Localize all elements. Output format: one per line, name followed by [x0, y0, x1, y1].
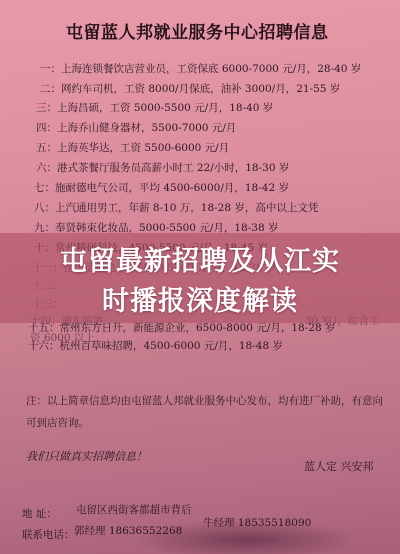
notice-title: 屯留蓝人邦就业服务中心招聘信息	[66, 18, 329, 43]
finger-shadow	[130, 520, 360, 554]
contact-label: 联系电话：	[22, 527, 75, 542]
address-value: 屯留区西街客都超市背后	[76, 502, 192, 517]
job-item-1: 一：上海连锁餐饮店营业员，工资保底 6000-7000 元/月，28-40 岁	[40, 61, 361, 76]
job-item-4: 四：上海乔山健身器材，5500-7000 元/月	[36, 120, 236, 135]
notice-note: 注：以上简章信息均由屯留蓝人邦就业服务中心发布，均有进厂补助，有意向可到店咨询。	[26, 390, 386, 434]
signature: 蓝人定 兴安邦	[304, 458, 374, 474]
headline-line-2: 时播报深度解读	[0, 279, 400, 318]
job-item-7: 七：施耐德电气公司，平均 4500-6000/月，18-42 岁	[34, 180, 289, 195]
job-item-16: 十六：杭州百草味招聘，4500-6000 元/月，18-48 岁	[28, 338, 283, 353]
headline-line-1: 屯留最新招聘及从江实	[0, 239, 400, 278]
slogan: 我们只做真实招聘信息！	[26, 448, 147, 464]
job-item-3: 三：上海昌硕，工资 5000-5500 元/月，18-40 岁	[36, 100, 273, 115]
address-label: 地 址：	[22, 506, 57, 521]
job-item-5: 五：上海英华达，工资 5500-6000 元/月	[36, 140, 229, 155]
job-item-2: 二：网约车司机，工资 8000/月保底，油补 3000/月，21-55 岁	[40, 81, 340, 96]
headline-banner: 屯留最新招聘及从江实 时播报深度解读	[0, 233, 400, 323]
job-item-8: 八：上汽通用男工，年薪 8-10 万，18-28 岁，高中以上文凭	[34, 200, 318, 215]
job-item-6: 六：港式茶餐厅服务员高薪小时工 22/小时，18-30 岁	[36, 160, 289, 175]
